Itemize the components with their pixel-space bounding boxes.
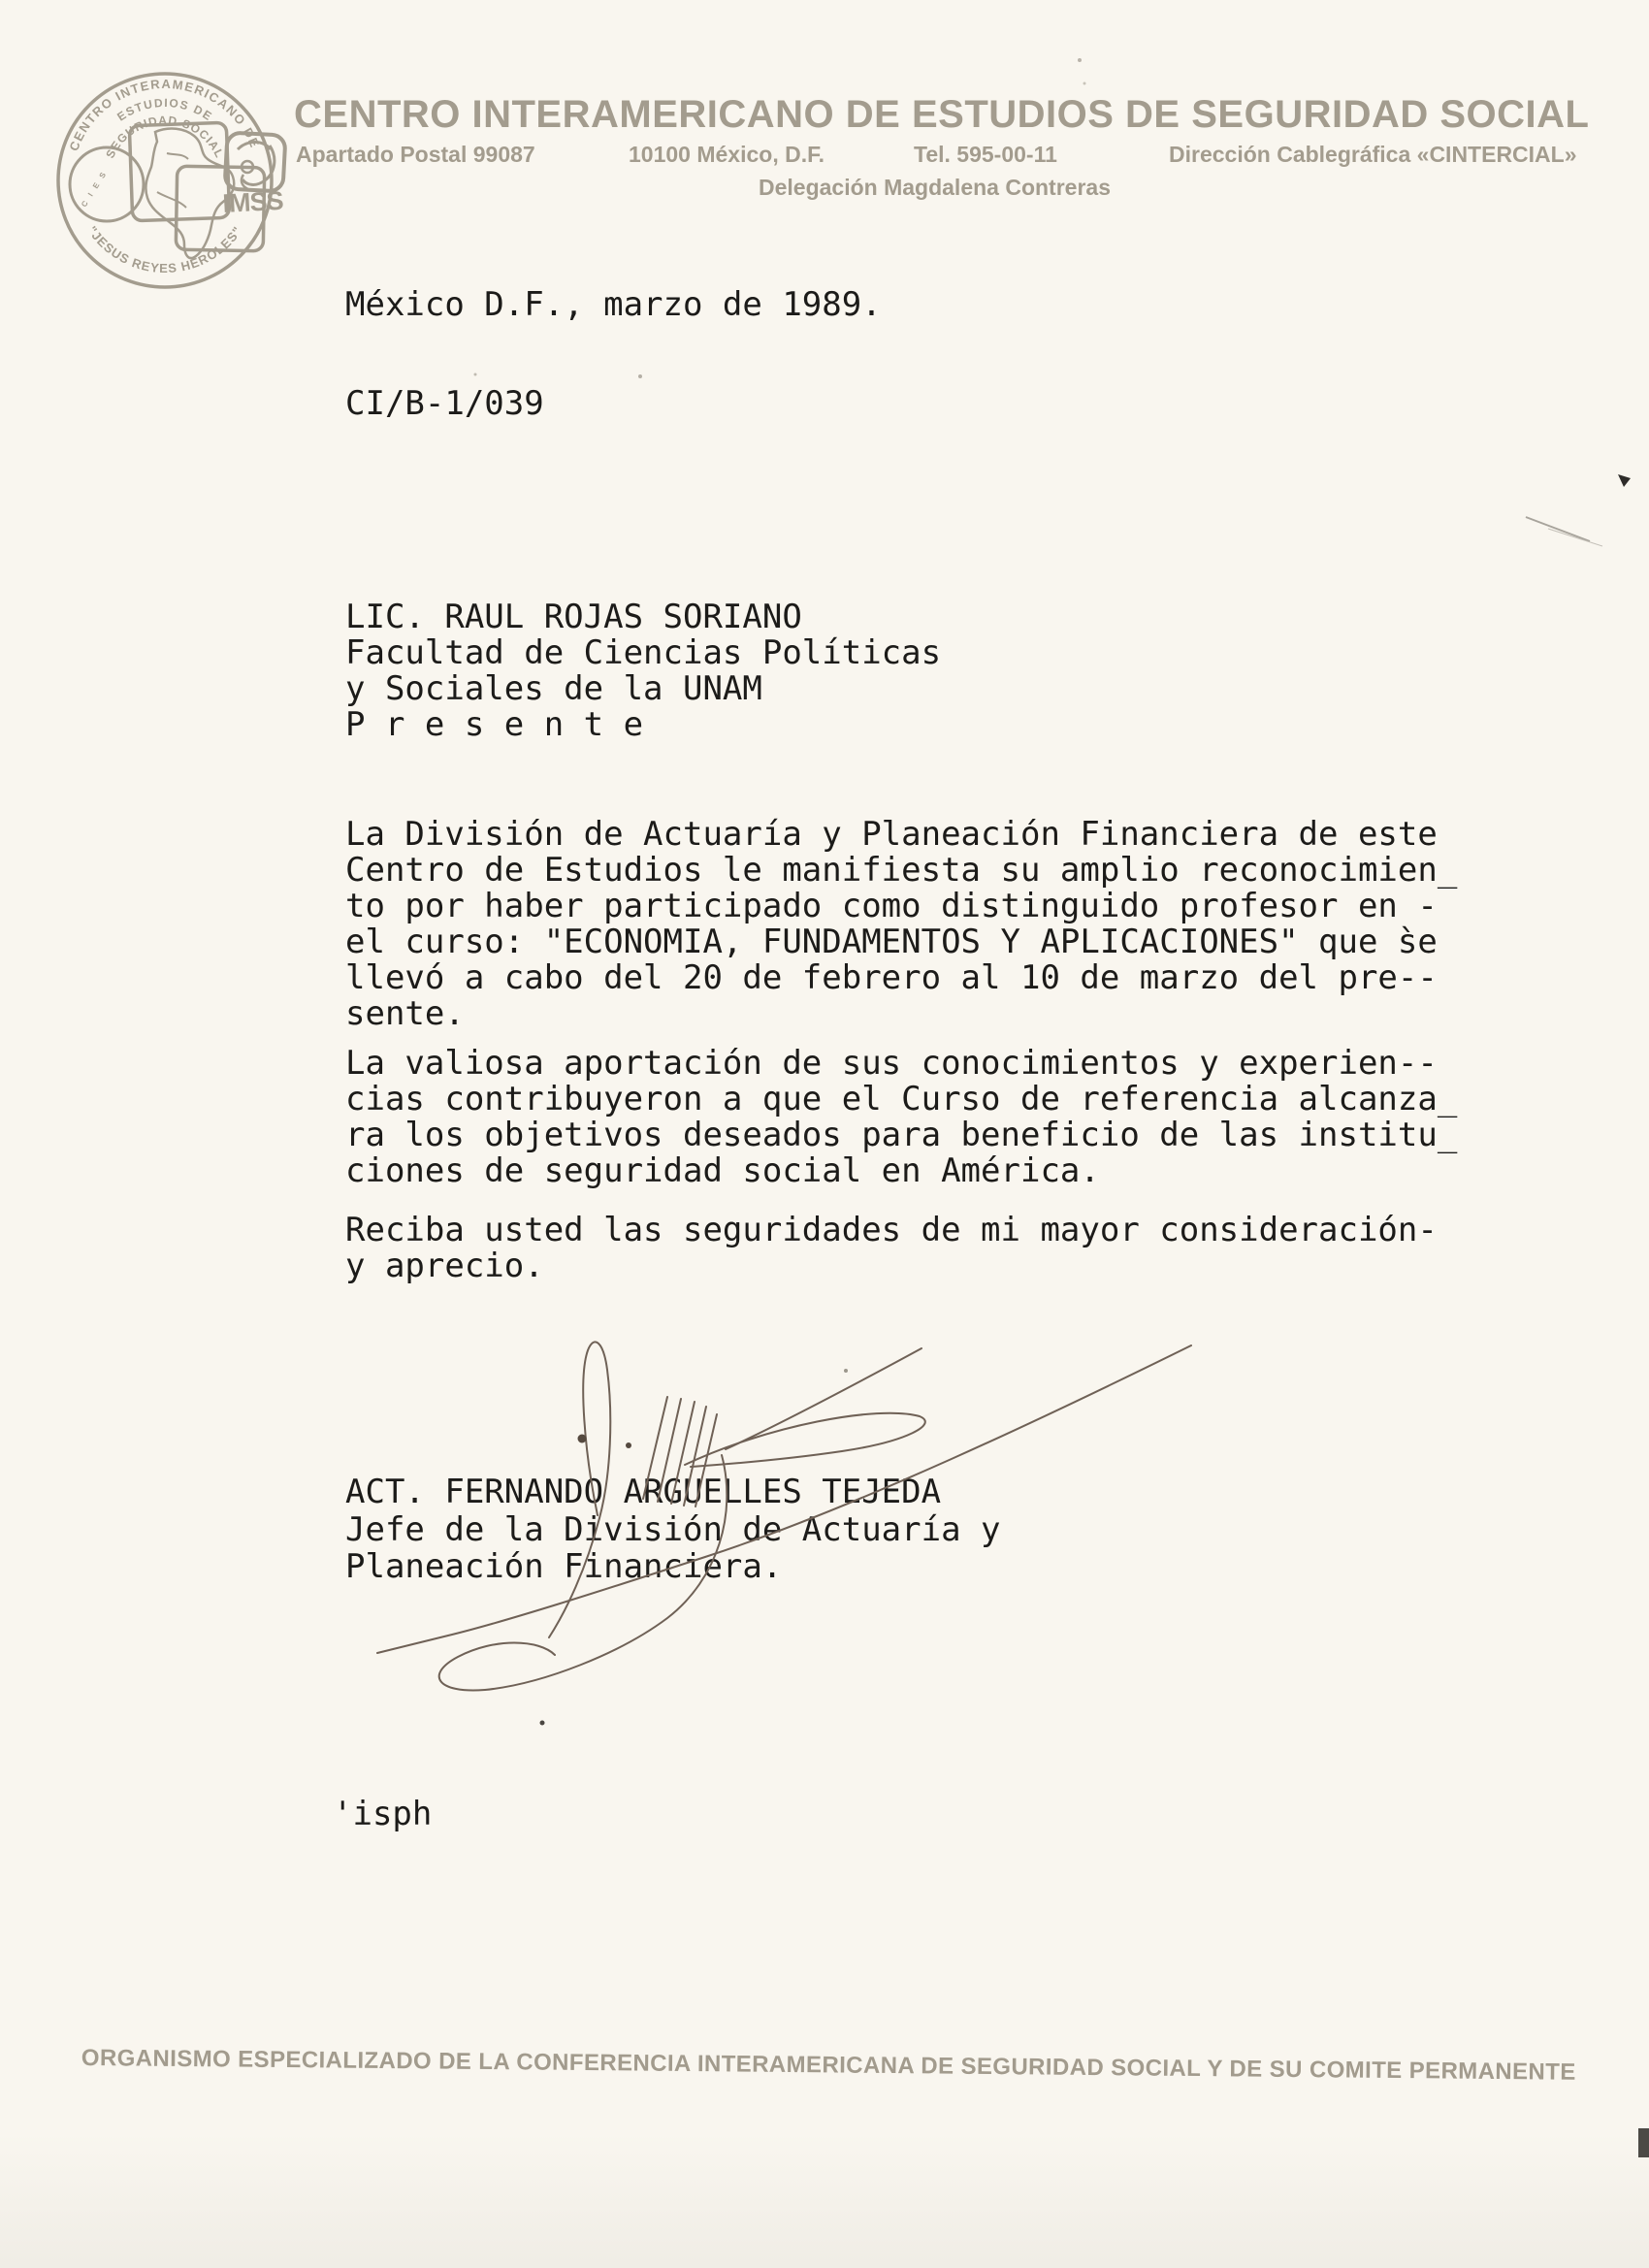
- seal-cies-label: C I E S: [80, 169, 109, 209]
- handwritten-signature: [335, 1314, 1227, 1702]
- typist-initials: 'isph: [333, 1797, 432, 1832]
- scan-bottom-shading: [0, 2132, 1649, 2268]
- imss-label: IMSS: [222, 186, 284, 218]
- svg-text:"JESUS REYES HEROLES": "JESUS REYES HEROLES": [84, 223, 244, 275]
- org-title: CENTRO INTERAMERICANO DE ESTUDIOS DE SEG…: [294, 95, 1589, 134]
- closing-paragraph: Reciba usted las seguridades de mi mayor…: [345, 1213, 1438, 1284]
- recipient-block: LIC. RAUL ROJAS SORIANO Facultad de Cien…: [345, 599, 941, 743]
- header-phone: Tel. 595-00-11: [914, 142, 1057, 169]
- header-cable: Dirección Cablegráfica «CINTERCIAL»: [1169, 142, 1577, 169]
- letter-page: CENTRO INTERAMERICANO DE ESTUDIOS DE SEG…: [0, 0, 1649, 2268]
- header-city: 10100 México, D.F.: [629, 142, 824, 169]
- header-delegation: Delegación Magdalena Contreras: [759, 175, 1111, 202]
- reference-number: CI/B-1/039: [345, 386, 544, 422]
- footer-org-line: ORGANISMO ESPECIALIZADO DE LA CONFERENCI…: [81, 2045, 1576, 2088]
- body-paragraph-2: La valiosa aportación de sus conocimient…: [345, 1046, 1457, 1189]
- ciess-seal-icon: CENTRO INTERAMERICANO DE ESTUDIOS DE SEG…: [41, 56, 293, 299]
- body-paragraph-1: La División de Actuaría y Planeación Fin…: [345, 817, 1457, 1032]
- header-pobox: Apartado Postal 99087: [296, 142, 535, 169]
- dateline: México D.F., marzo de 1989.: [345, 287, 882, 323]
- seal-ring-text-bottom: "JESUS REYES HEROLES": [84, 223, 244, 275]
